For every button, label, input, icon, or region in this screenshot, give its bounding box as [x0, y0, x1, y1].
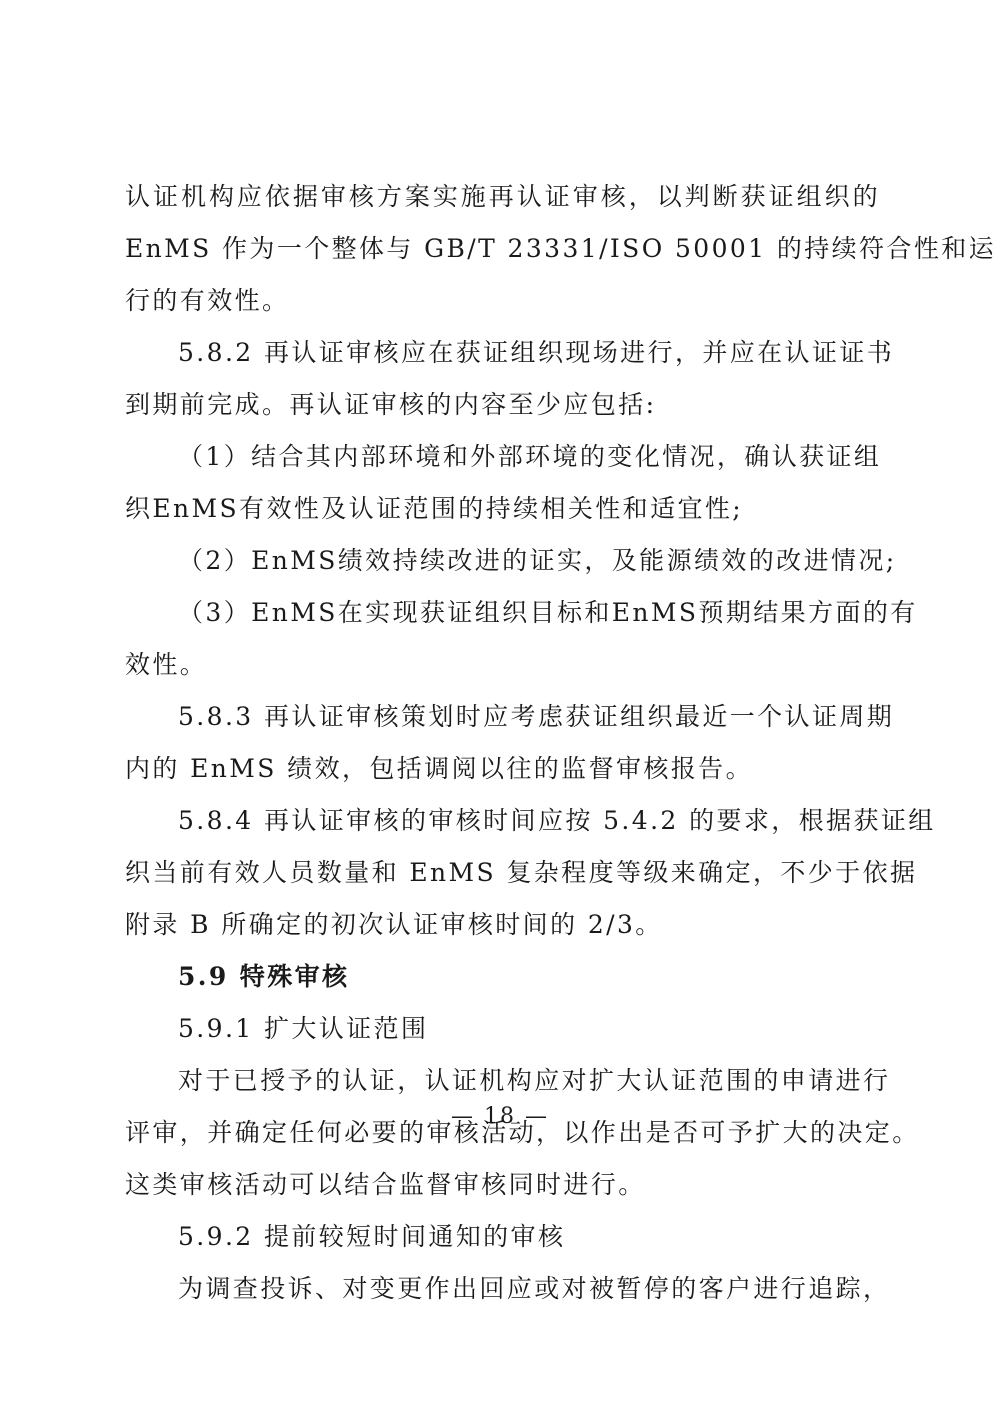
list-item-1-cont: 织EnMS有效性及认证范围的持续相关性和适宜性; — [125, 492, 880, 526]
clause-5-8-2-cont: 到期前完成。再认证审核的内容至少应包括: — [125, 388, 880, 422]
body-line-1: 认证机构应依据审核方案实施再认证审核，以判断获证组织的 — [125, 180, 880, 214]
clause-5-9-2-body: 为调查投诉、对变更作出回应或对被暂停的客户进行追踪， — [178, 1272, 880, 1306]
body-line-2: EnMS 作为一个整体与 GB/T 23331/ISO 50001 的持续符合性… — [125, 232, 880, 266]
list-item-2: （2）EnMS绩效持续改进的证实，及能源绩效的改进情况; — [178, 544, 880, 578]
document-page: 认证机构应依据审核方案实施再认证审核，以判断获证组织的 EnMS 作为一个整体与… — [0, 0, 1000, 1414]
clause-heading-5-9-1: 5.9.1 扩大认证范围 — [178, 1012, 880, 1046]
page-number: — 18 — — [0, 1102, 1000, 1132]
body-line-3: 行的有效性。 — [125, 284, 880, 318]
clause-heading-5-9-2: 5.9.2 提前较短时间通知的审核 — [178, 1220, 880, 1254]
clause-5-8-3-cont: 内的 EnMS 绩效，包括调阅以往的监督审核报告。 — [125, 752, 880, 786]
clause-5-9-1-body-cont-2: 这类审核活动可以结合监督审核同时进行。 — [125, 1168, 880, 1202]
list-item-3: （3）EnMS在实现获证组织目标和EnMS预期结果方面的有 — [178, 596, 880, 630]
clause-5-8-4-cont-2: 附录 B 所确定的初次认证审核时间的 2/3。 — [125, 908, 880, 942]
list-item-3-cont: 效性。 — [125, 648, 880, 682]
clause-5-8-3: 5.8.3 再认证审核策划时应考虑获证组织最近一个认证周期 — [178, 700, 880, 734]
section-heading-5-9: 5.9 特殊审核 — [178, 960, 880, 994]
clause-5-8-4-cont-1: 织当前有效人员数量和 EnMS 复杂程度等级来确定，不少于依据 — [125, 856, 880, 890]
clause-5-9-1-body: 对于已授予的认证，认证机构应对扩大认证范围的申请进行 — [178, 1064, 880, 1098]
list-item-1: （1）结合其内部环境和外部环境的变化情况，确认获证组 — [178, 440, 880, 474]
clause-5-8-4: 5.8.4 再认证审核的审核时间应按 5.4.2 的要求，根据获证组 — [178, 804, 880, 838]
clause-5-8-2: 5.8.2 再认证审核应在获证组织现场进行，并应在认证证书 — [178, 336, 880, 370]
